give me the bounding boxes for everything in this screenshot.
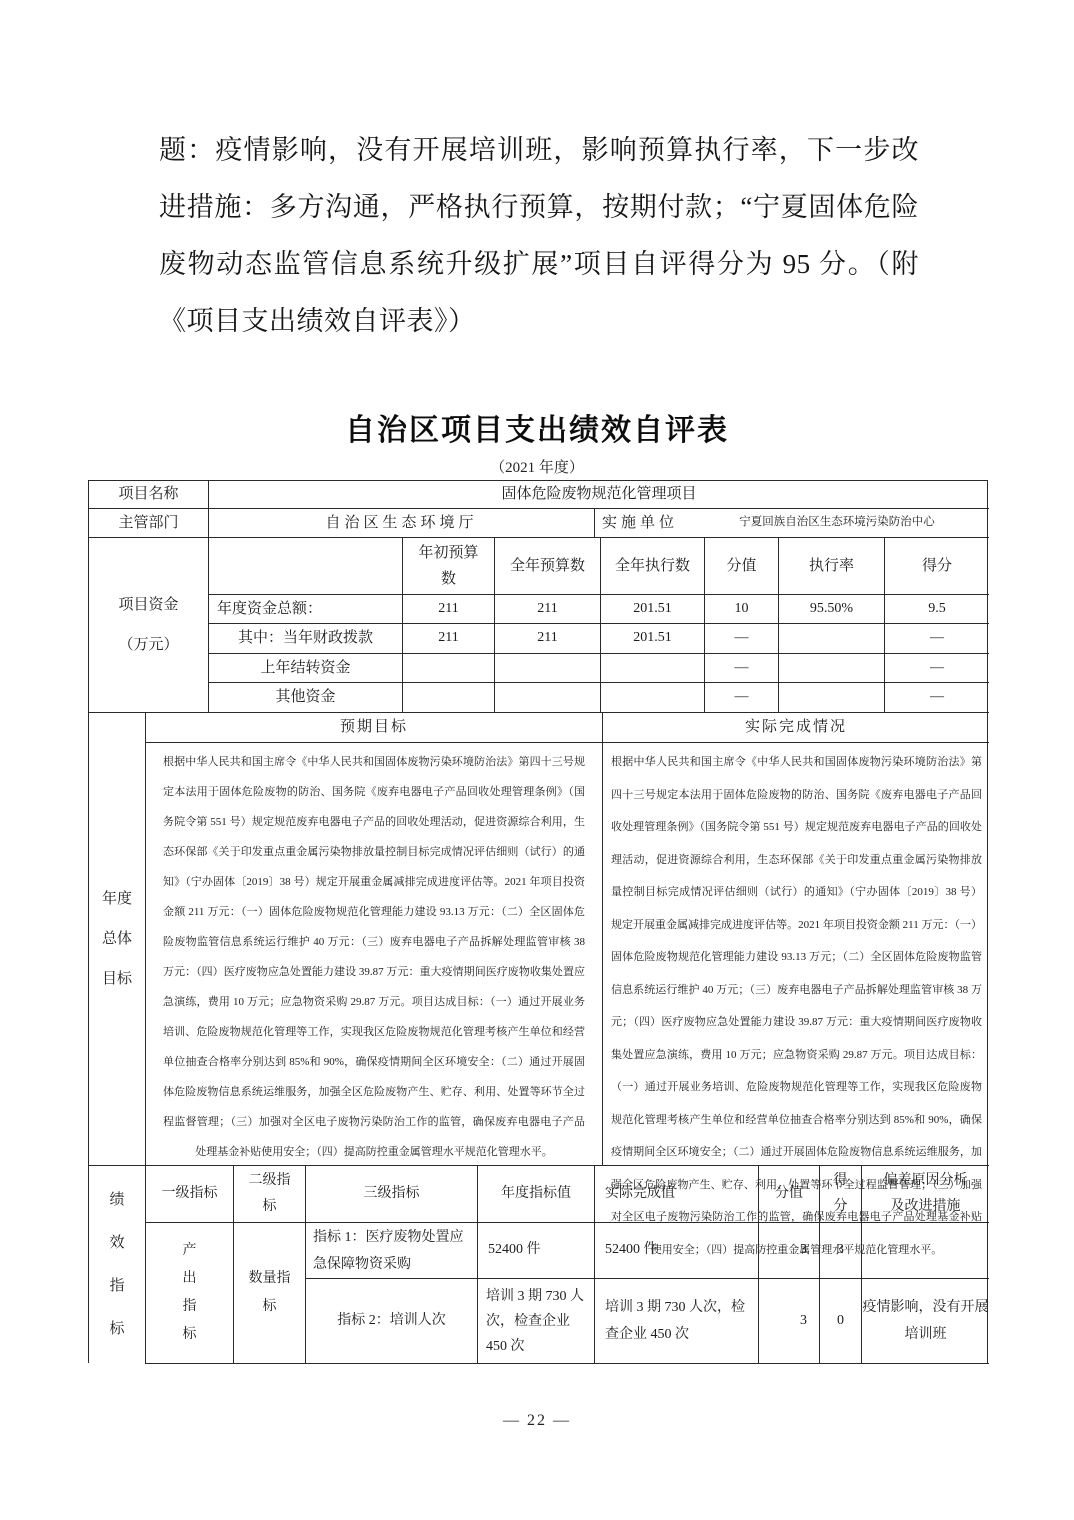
funding-row-other-initial bbox=[403, 683, 495, 713]
funding-label: 项目资金 （万元） bbox=[89, 538, 209, 713]
indicator2-actual: 培训 3 期 730 人次，检查企业 450 次 bbox=[595, 1279, 759, 1364]
funding-row-total-label: 年度资金总额： bbox=[209, 595, 403, 624]
funding-header-executed: 全年执行数 bbox=[601, 538, 705, 595]
funding-row-other-executed bbox=[601, 683, 705, 713]
indicator-header-score: 得 分 bbox=[820, 1166, 862, 1223]
intro-paragraph: 题：疫情影响，没有开展培训班，影响预算执行率，下一步改进措施：多方沟通，严格执行… bbox=[159, 122, 919, 350]
funding-row-carryover-points: — bbox=[705, 654, 779, 683]
funding-header-initial-budget: 年初预算 数 bbox=[403, 538, 495, 595]
implementer-label: 实施单位 bbox=[595, 509, 685, 538]
indicator-header-level3: 三级指标 bbox=[306, 1166, 478, 1223]
indicator1-target: 52400 件 bbox=[478, 1223, 595, 1279]
indicator-level2-quantity: 数量指标 bbox=[234, 1223, 306, 1364]
indicator1-name: 指标 1：医疗废物处置应急保障物资采购 bbox=[306, 1223, 478, 1279]
funding-header-blank bbox=[209, 538, 403, 595]
funding-row-total-budget: 211 bbox=[495, 595, 601, 624]
implementer-value: 宁夏回族自治区生态环境污染防治中心 bbox=[685, 509, 989, 538]
expected-goal-header: 预期目标 bbox=[146, 713, 603, 743]
indicator-header-level1: 一级指标 bbox=[146, 1166, 234, 1223]
funding-row-carryover-score: — bbox=[885, 654, 989, 683]
funding-row-total-rate: 95.50% bbox=[779, 595, 885, 624]
funding-row-fiscal-executed: 201.51 bbox=[601, 624, 705, 654]
funding-row-fiscal-points: — bbox=[705, 624, 779, 654]
project-name-value: 固体危险废物规范化管理项目 bbox=[209, 481, 989, 509]
funding-header-total-budget: 全年预算数 bbox=[495, 538, 601, 595]
funding-row-other-score: — bbox=[885, 683, 989, 713]
indicator-header-deviation: 偏差原因分析 及改进措施 bbox=[862, 1166, 989, 1223]
project-name-label: 项目名称 bbox=[89, 481, 209, 509]
department-value: 自治区生态环境厅 bbox=[209, 509, 595, 538]
funding-row-other-points: — bbox=[705, 683, 779, 713]
funding-row-carryover-budget bbox=[495, 654, 601, 683]
funding-row-other-label: 其他资金 bbox=[209, 683, 403, 713]
page-title: 自治区项目支出绩效自评表 bbox=[0, 405, 1074, 449]
performance-indicators-label: 绩 效 指 标 bbox=[89, 1166, 146, 1364]
indicator2-deviation: 疫情影响，没有开展 培训班 bbox=[862, 1279, 989, 1364]
funding-row-carryover-label: 上年结转资金 bbox=[209, 654, 403, 683]
page-number: — 22 — bbox=[0, 1412, 1074, 1430]
indicator2-name: 指标 2：培训人次 bbox=[306, 1279, 478, 1364]
funding-row-fiscal-budget: 211 bbox=[495, 624, 601, 654]
self-evaluation-table: 项目名称 固体危险废物规范化管理项目 主管部门 自治区生态环境厅 实施单位 宁夏… bbox=[88, 480, 988, 1363]
indicator-header-actual: 实际完成值 bbox=[595, 1166, 759, 1223]
funding-row-fiscal-initial: 211 bbox=[403, 624, 495, 654]
funding-row-total-points: 10 bbox=[705, 595, 779, 624]
indicator2-target: 培训 3 期 730 人次，检查企业 450 次 bbox=[478, 1279, 595, 1364]
funding-header-score: 得分 bbox=[885, 538, 989, 595]
funding-row-carryover-initial bbox=[403, 654, 495, 683]
funding-header-rate: 执行率 bbox=[779, 538, 885, 595]
document-page: 题：疫情影响，没有开展培训班，影响预算执行率，下一步改进措施：多方沟通，严格执行… bbox=[0, 0, 1074, 1520]
indicator2-points: 3 bbox=[759, 1279, 820, 1364]
indicator1-actual: 52400 件 bbox=[595, 1223, 759, 1279]
indicator-header-points: 分值 bbox=[759, 1166, 820, 1223]
actual-completion-text: 根据中华人民共和国主席令《中华人民共和国固体废物污染环境防治法》第四十三号规定本… bbox=[603, 743, 989, 1166]
funding-row-total-initial: 211 bbox=[403, 595, 495, 624]
indicator-header-level2: 二级指标 bbox=[234, 1166, 306, 1223]
indicator1-points: 3 bbox=[759, 1223, 820, 1279]
indicator-header-annual-target: 年度指标值 bbox=[478, 1166, 595, 1223]
funding-row-carryover-executed bbox=[601, 654, 705, 683]
department-label: 主管部门 bbox=[89, 509, 209, 538]
expected-goal-text: 根据中华人民共和国主席令《中华人民共和国固体废物污染环境防治法》第四十三号规定本… bbox=[146, 743, 603, 1166]
funding-row-fiscal-score: — bbox=[885, 624, 989, 654]
actual-completion-header: 实际完成情况 bbox=[603, 713, 989, 743]
funding-row-carryover-rate bbox=[779, 654, 885, 683]
funding-row-total-executed: 201.51 bbox=[601, 595, 705, 624]
funding-row-total-score: 9.5 bbox=[885, 595, 989, 624]
indicator2-score: 0 bbox=[820, 1279, 862, 1364]
indicator1-deviation bbox=[862, 1223, 989, 1279]
annual-goal-label: 年度 总体 目标 bbox=[89, 713, 146, 1166]
indicator1-score: 3 bbox=[820, 1223, 862, 1279]
funding-row-fiscal-label: 其中：当年财政拨款 bbox=[209, 624, 403, 654]
indicator-level1-output: 产 出 指 标 bbox=[146, 1223, 234, 1364]
funding-row-fiscal-rate bbox=[779, 624, 885, 654]
funding-header-points: 分值 bbox=[705, 538, 779, 595]
funding-row-other-rate bbox=[779, 683, 885, 713]
page-subtitle: （2021 年度） bbox=[0, 456, 1074, 477]
funding-row-other-budget bbox=[495, 683, 601, 713]
